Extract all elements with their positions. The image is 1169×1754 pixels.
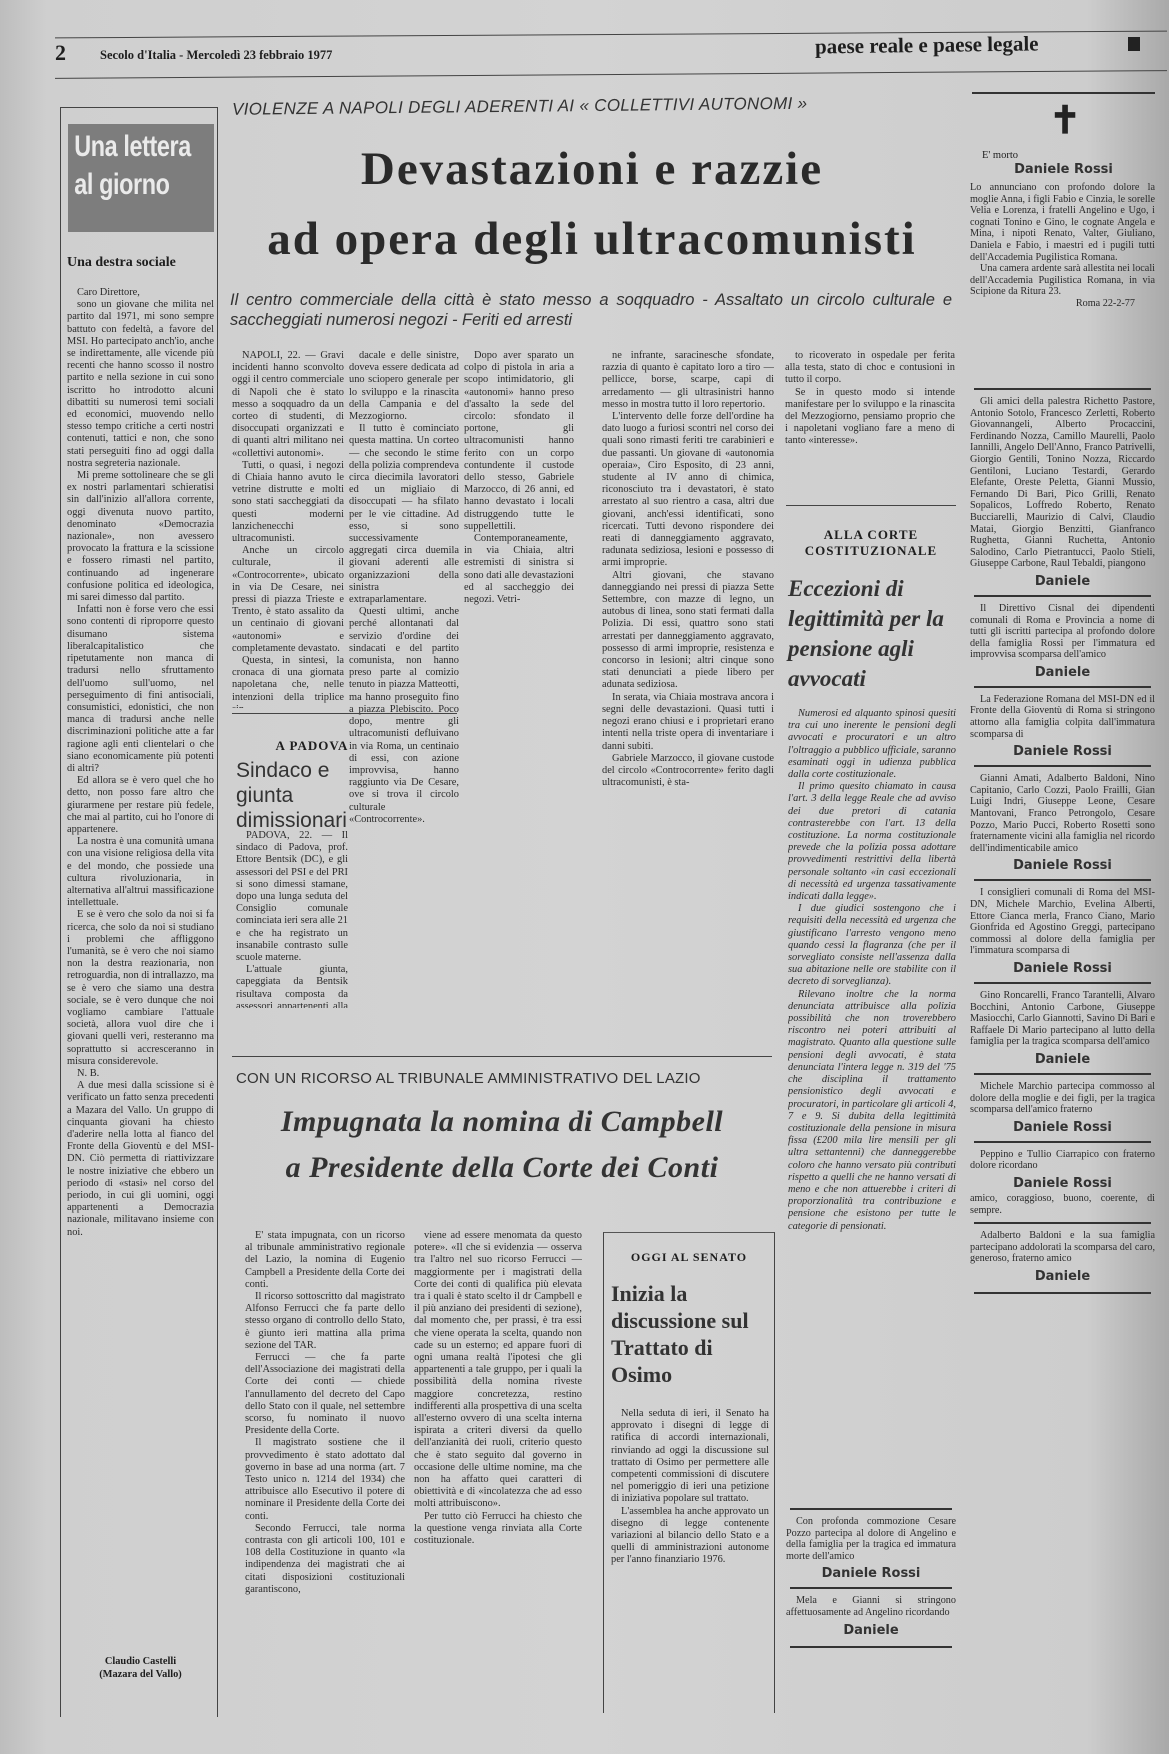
paragraph: dacale e delle sinistre, doveva essere d… xyxy=(349,350,459,423)
obituary-divider xyxy=(790,1646,952,1648)
corte-body: Numerosi ed alquanto spinosi quesiti tra… xyxy=(788,708,956,1498)
obit-lead-text: Lo annunciano con profondo dolore la mog… xyxy=(970,182,1155,310)
lead-subheadline: Il centro commerciale della città è stat… xyxy=(230,290,952,330)
paragraph: Secondo Ferrucci, tale norma contrasta c… xyxy=(245,1523,405,1596)
corte-headline: Eccezioni di legittimità per la pensione… xyxy=(788,574,958,694)
paragraph: ne infrante, saracinesche sfondate, razz… xyxy=(602,350,774,411)
obituary-divider xyxy=(974,1073,1151,1075)
obituary-divider xyxy=(974,1292,1151,1294)
senato-kicker: OGGI AL SENATO xyxy=(608,1250,770,1265)
senato-body: Nella seduta di ieri, il Senato ha appro… xyxy=(611,1408,769,1708)
paragraph: L'assemblea ha anche approvato un disegn… xyxy=(611,1506,769,1567)
paragraph: viene ad essere menomata da questo poter… xyxy=(414,1230,582,1511)
paragraph: Ed allora se è vero quel che ho detto, n… xyxy=(67,775,214,836)
paragraph: sono un giovane che milita nel partito d… xyxy=(67,299,214,470)
padova-top-rule xyxy=(232,713,457,714)
campbell-column-2: viene ad essere menomata da questo poter… xyxy=(414,1230,582,1710)
paragraph: N. B. xyxy=(67,1068,214,1080)
obituary-divider xyxy=(974,1141,1151,1143)
padova-kicker: A PADOVA xyxy=(232,738,392,754)
letter-headline: Una destra sociale xyxy=(67,255,212,270)
paragraph: I due giudici sostengono che i requisiti… xyxy=(788,903,956,988)
col4-obituary-notices: Con profonda commozione Cesare Pozzo par… xyxy=(786,1502,956,1656)
lead-article-column-3: ne infrante, saracinesche sfondate, razz… xyxy=(602,350,774,1008)
campbell-headline-line2: a Presidente della Corte dei Conti xyxy=(232,1148,772,1188)
corte-kicker: ALLA CORTE COSTITUZIONALE xyxy=(786,527,956,559)
obituary-name: Daniele Rossi xyxy=(970,744,1155,759)
obituary-name: Daniele xyxy=(970,574,1155,589)
paragraph: Il magistrato sostiene che il provvedime… xyxy=(245,1437,405,1522)
obituary-name: Daniele Rossi xyxy=(970,961,1155,976)
letter-box-title-line2: al giorno xyxy=(74,166,207,204)
obituary-text: La Federazione Romana del MSI-DN ed il F… xyxy=(970,694,1155,740)
obituary-text: Gli amici della palestra Richetto Pastor… xyxy=(970,396,1155,570)
obit-notices-list: Gli amici della palestra Richetto Pastor… xyxy=(970,382,1155,1302)
lead-headline-line2: ad opera degli ultracomunisti xyxy=(232,210,952,268)
obituary-text: Mela e Gianni si stringono affettuosamen… xyxy=(786,1595,956,1618)
senato-headline: Inizia la discussione sul Trattato di Os… xyxy=(611,1280,771,1388)
obituary-name: Daniele xyxy=(786,1623,956,1638)
lead-article-column-1: NAPOLI, 22. — Gravi incidenti hanno scon… xyxy=(232,350,344,708)
masthead-bottom-rule xyxy=(55,70,1167,79)
obituary-name: Daniele xyxy=(970,1052,1155,1067)
obituary-text: Con profonda commozione Cesare Pozzo par… xyxy=(786,1516,956,1562)
lead-article-column-4: to ricoverato in ospedale per ferita all… xyxy=(785,350,955,490)
letter-signature-place: (Mazara del Vallo) xyxy=(67,1669,214,1680)
paragraph: Il primo quesito chiamato in causa l'art… xyxy=(788,781,956,903)
paragraph: Contemporaneamente, in via Chiaia, altri… xyxy=(464,533,574,606)
paragraph: E' stata impugnata, con un ricorso al tr… xyxy=(245,1230,405,1291)
paragraph: A due mesi dalla scissione si è verifica… xyxy=(67,1080,214,1239)
padova-headline: Sindaco e giunta dimissionari xyxy=(236,758,386,833)
paper-date-line: Secolo d'Italia - Mercoledì 23 febbraio … xyxy=(100,48,332,63)
obituary-text: Gino Roncarelli, Franco Tarantelli, Alva… xyxy=(970,990,1155,1048)
paragraph: Ferrucci — che fa parte dell'Associazion… xyxy=(245,1352,405,1437)
letter-body: Caro Direttore,sono un giovane che milit… xyxy=(67,287,214,1657)
obit-top-rule xyxy=(972,92,1155,94)
padova-body: PADOVA, 22. — Il sindaco di Padova, prof… xyxy=(236,830,348,1008)
paragraph: E se è vero che solo da noi si fa ricerc… xyxy=(67,909,214,1068)
obituary-text: Michele Marchio partecipa commosso al do… xyxy=(970,1081,1155,1116)
obituary-name: Daniele Rossi xyxy=(786,1566,956,1581)
paragraph: Dopo aver sparato un colpo di pistola in… xyxy=(464,350,574,533)
obituary-divider xyxy=(974,1222,1151,1224)
paragraph: Rilevano inoltre che la norma denunciata… xyxy=(788,989,956,1233)
obituary-text: Il Direttivo Cisnal dei dipendenti comun… xyxy=(970,603,1155,661)
paragraph: Numerosi ed alquanto spinosi quesiti tra… xyxy=(788,708,956,781)
campbell-column-1: E' stata impugnata, con un ricorso al tr… xyxy=(245,1230,405,1710)
obituary-name: Daniele Rossi xyxy=(970,858,1155,873)
paragraph: Il ricorso sottoscritto dal magistrato A… xyxy=(245,1291,405,1352)
paragraph: Se in questo modo si intende manifestare… xyxy=(785,387,955,448)
paragraph: to ricoverato in ospedale per ferita all… xyxy=(785,350,955,387)
paragraph: L'intervento delle forze dell'ordine ha … xyxy=(602,411,774,570)
lead-headline-line1: Devastazioni e razzie xyxy=(232,140,952,198)
obituary-divider xyxy=(790,1587,952,1589)
obituary-divider xyxy=(974,982,1151,984)
letter-box-title-line1: Una lettera xyxy=(74,128,207,166)
lead-article-column-2b: Dopo aver sparato un colpo di pistola in… xyxy=(464,350,574,1008)
obituary-text: Adalberto Baldoni e la sua famiglia part… xyxy=(970,1230,1155,1265)
obituary-text: Peppino e Tullio Ciarrapico con fraterno… xyxy=(970,1149,1155,1172)
obituary-divider xyxy=(974,595,1151,597)
black-square-icon xyxy=(1128,37,1140,51)
paragraph: Mi preme sottolineare che se gli ex nost… xyxy=(67,470,214,604)
paragraph: In serata, via Chiaia mostrava ancora i … xyxy=(602,692,774,753)
letter-column-top-border xyxy=(60,107,217,108)
campbell-kicker: CON UN RICORSO AL TRIBUNALE AMMINISTRATI… xyxy=(236,1070,776,1087)
obit-lead-name: Daniele Rossi xyxy=(972,162,1155,177)
section-title: paese reale e paese legale xyxy=(815,31,1039,59)
paragraph: Anche un circolo culturale, il «Controco… xyxy=(232,545,344,655)
paragraph: PADOVA, 22. — Il sindaco di Padova, prof… xyxy=(236,830,348,964)
paragraph: NAPOLI, 22. — Gravi incidenti hanno scon… xyxy=(232,350,344,460)
paragraph: Caro Direttore, xyxy=(67,287,214,299)
paragraph: Nella seduta di ieri, il Senato ha appro… xyxy=(611,1408,769,1506)
obituary-divider xyxy=(974,879,1151,881)
obituary-divider xyxy=(790,1508,952,1510)
letter-box: Una lettera al giorno xyxy=(68,124,214,232)
lead-article-column-2: dacale e delle sinistre, doveva essere d… xyxy=(349,350,459,1008)
obituary-divider xyxy=(974,686,1151,688)
newspaper-page: 2 Secolo d'Italia - Mercoledì 23 febbrai… xyxy=(0,0,1169,1754)
paragraph: Tutti, o quasi, i negozi di Chiaia hanno… xyxy=(232,460,344,545)
paragraph: Gabriele Marzocco, il giovane custode de… xyxy=(602,753,774,790)
letter-column-right-border xyxy=(217,107,218,1717)
letter-column-left-border xyxy=(60,107,61,1717)
paragraph: Infatti non è forse vero che essi sono c… xyxy=(67,604,214,775)
paragraph: La nostra è una comunità umana con una v… xyxy=(67,836,214,909)
obituary-name: Daniele Rossi xyxy=(970,1120,1155,1135)
paragraph: Questa, in sintesi, la cronaca di una gi… xyxy=(232,655,344,708)
obit-lead-paragraph: Lo annunciano con profondo dolore la mog… xyxy=(970,182,1155,263)
latin-cross-icon: ✝ xyxy=(1015,98,1115,143)
paragraph: Per tutto ciò Ferrucci ha chiesto che la… xyxy=(414,1511,582,1548)
campbell-headline-line1: Impugnata la nomina di Campbell xyxy=(232,1102,772,1142)
lead-kicker: VIOLENZE A NAPOLI DEGLI ADERENTI AI « CO… xyxy=(232,92,952,120)
campbell-top-rule xyxy=(232,1056,772,1057)
corte-top-rule xyxy=(786,505,956,506)
obit-lead-paragraph-2: Una camera ardente sarà allestita nei lo… xyxy=(970,263,1155,298)
obit-intro: E' morto xyxy=(982,150,1018,161)
paragraph: L'attuale giunta, capeggiata da Bentsik … xyxy=(236,964,348,1008)
obituary-name: Daniele xyxy=(970,1269,1155,1284)
obituary-name: Daniele Rossi xyxy=(970,1176,1155,1191)
paragraph: Altri giovani, che stavano danneggiando … xyxy=(602,570,774,692)
obituary-text-after: amico, coraggioso, buono, coerente, di s… xyxy=(970,1193,1155,1216)
obituary-name: Daniele xyxy=(970,665,1155,680)
obituary-divider xyxy=(974,765,1151,767)
letter-signature-name: Claudio Castelli xyxy=(67,1656,214,1667)
obituary-text: Gianni Amati, Adalberto Baldoni, Nino Ca… xyxy=(970,773,1155,854)
paragraph: Il tutto è cominciato questa mattina. Un… xyxy=(349,423,459,606)
page-number: 2 xyxy=(55,40,66,66)
obituary-text: I consiglieri comunali di Roma del MSI-D… xyxy=(970,887,1155,957)
obit-lead-place-date: Roma 22-2-77 xyxy=(970,298,1155,310)
obituary-divider xyxy=(974,388,1151,390)
